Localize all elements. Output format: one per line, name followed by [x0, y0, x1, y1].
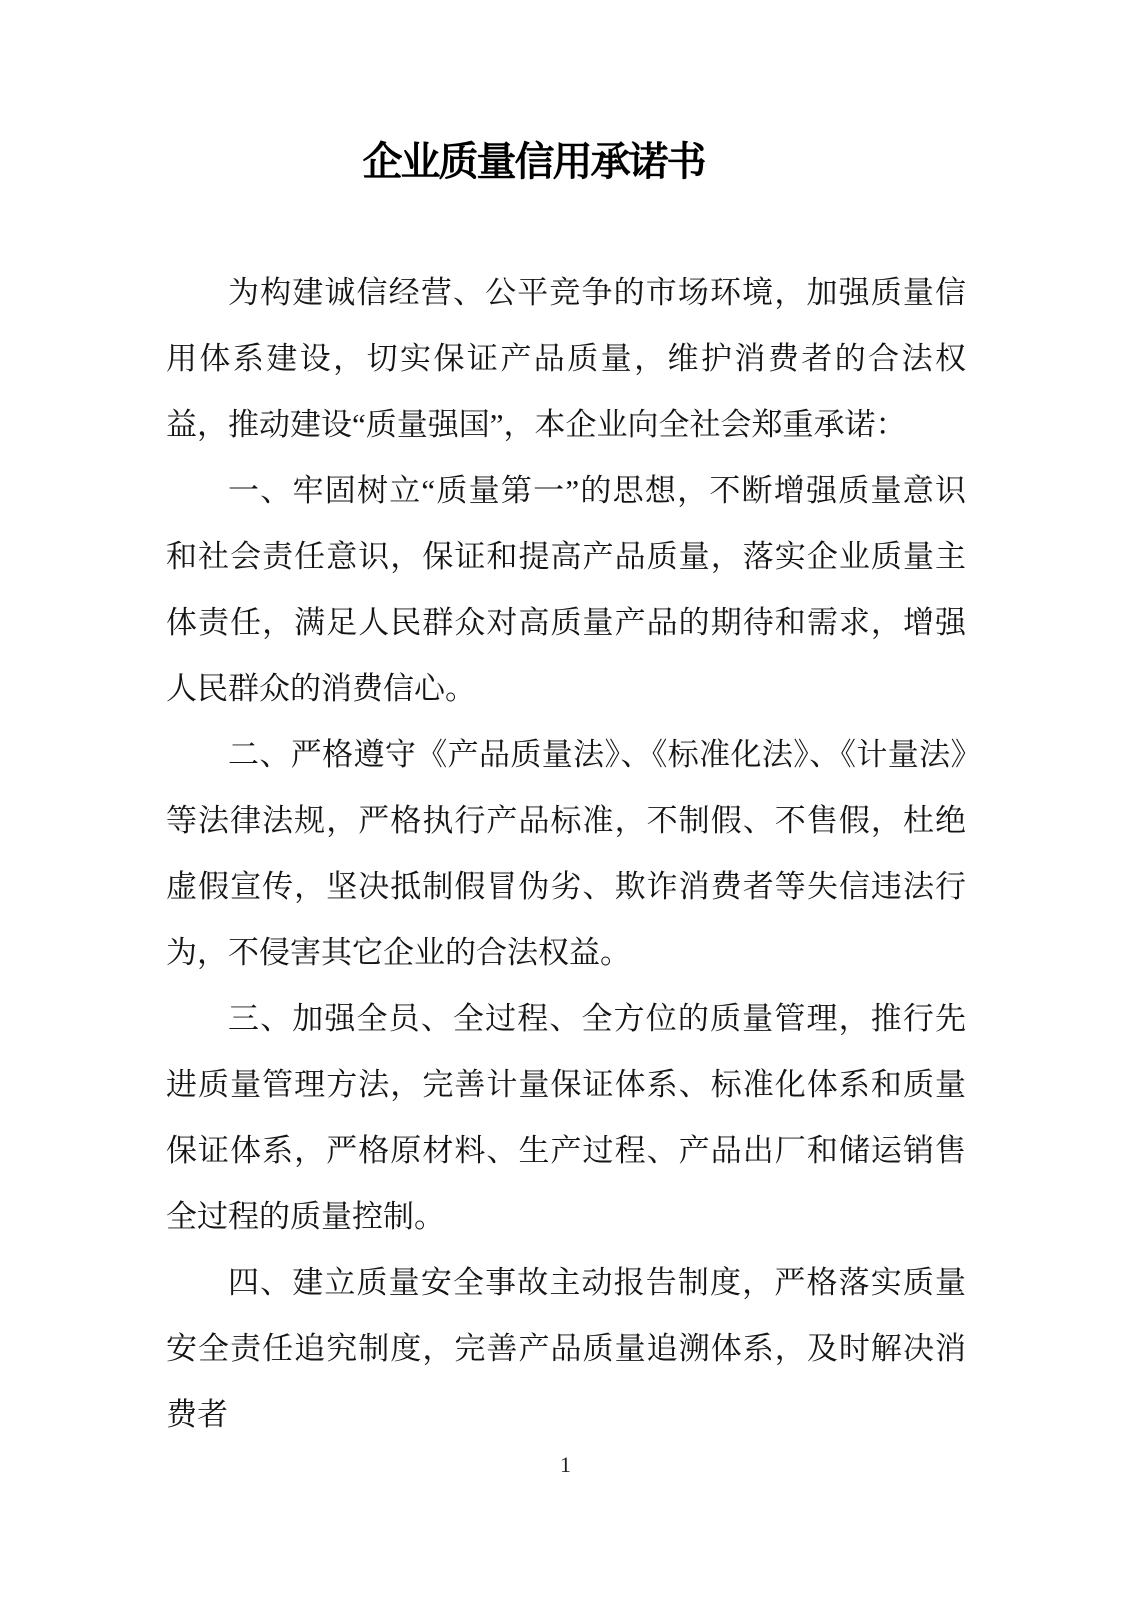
document-title: 企业质量信用承诺书	[0, 138, 1099, 186]
paragraph-item-1: 一、牢固树立“质量第一”的思想，不断增强质量意识和社会责任意识，保证和提高产品质…	[166, 458, 966, 722]
paragraph-item-4: 四、建立质量安全事故主动报告制度，严格落实质量安全责任追究制度，完善产品质量追溯…	[166, 1250, 966, 1448]
paragraph-item-2: 二、严格遵守《产品质量法》、《标准化法》、《计量法》等法律法规，严格执行产品标准…	[166, 722, 966, 986]
document-body: 为构建诚信经营、公平竞争的市场环境，加强质量信用体系建设，切实保证产品质量，维护…	[166, 260, 966, 1448]
page-number: 1	[0, 1452, 1131, 1478]
document-page: 企业质量信用承诺书 为构建诚信经营、公平竞争的市场环境，加强质量信用体系建设，切…	[0, 0, 1131, 1600]
paragraph-item-3: 三、加强全员、全过程、全方位的质量管理，推行先进质量管理方法，完善计量保证体系、…	[166, 986, 966, 1250]
paragraph-intro: 为构建诚信经营、公平竞争的市场环境，加强质量信用体系建设，切实保证产品质量，维护…	[166, 260, 966, 458]
